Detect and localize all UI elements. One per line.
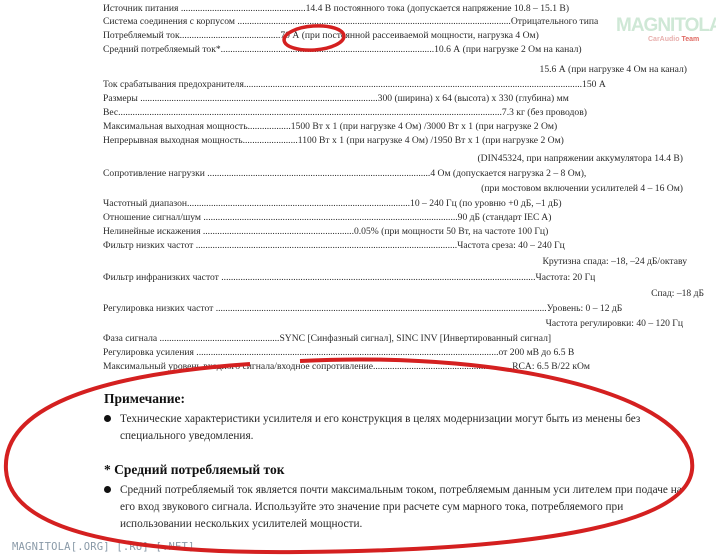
note-text: Технические характеристики усилителя и е…: [120, 411, 694, 445]
spec-average-current: Средний потребляемый ток*...............…: [103, 44, 582, 56]
bullet-icon: [104, 415, 111, 422]
spec-bridged-impedance: (при мостовом включении усилителей 4 – 1…: [481, 183, 683, 195]
spec-current-draw: Потребляемый ток........................…: [103, 30, 539, 42]
spec-load-impedance: Сопротивление нагрузки .................…: [103, 168, 586, 180]
site-watermark: MAGNITOLA[.ORG] [.RU] [.NET]: [12, 541, 195, 553]
bullet-icon: [104, 486, 111, 493]
spec-ground-system: Система соединения с корпусом ..........…: [103, 16, 598, 28]
spec-fuse-rating: Ток срабатывания предохранителя.........…: [103, 79, 606, 91]
spec-frequency-range: Частотный диапазон......................…: [103, 198, 562, 210]
spec-gain-control: Регулировка усиления ...................…: [103, 347, 574, 359]
spec-thd: Нелинейные искажения ...................…: [103, 226, 548, 238]
spec-subsonic-slope: Спад: –18 дБ: [651, 288, 704, 300]
spec-lowpass-slope: Крутизна спада: –18, –24 дБ/октаву: [542, 256, 687, 268]
note-bullet: Технические характеристики усилителя и е…: [104, 411, 694, 445]
spec-subsonic-filter: Фильтр инфранизких частот ..............…: [103, 272, 595, 284]
average-current-bullet: Средний потребляемый ток является почти …: [104, 482, 694, 533]
spec-weight: Вес.....................................…: [103, 107, 587, 119]
note-heading: Примечание:: [104, 391, 185, 407]
spec-max-output-power: Максимальная выходная мощность..........…: [103, 121, 557, 133]
spec-bass-boost-frequency: Частота регулировки: 40 – 120 Гц: [546, 318, 683, 330]
average-current-heading: * Средний потребляемый ток: [104, 462, 285, 478]
spec-average-current-4ohm: 15.6 А (при нагрузке 4 Ом на канал): [540, 64, 687, 76]
spec-din-note: (DIN45324, при напряжении аккумулятора 1…: [477, 153, 683, 165]
spec-dimensions: Размеры ................................…: [103, 93, 569, 105]
spec-max-input-level: Максимальный уровень входного сигнала/вх…: [103, 361, 590, 373]
spec-power-source: Источник питания .......................…: [103, 3, 569, 15]
magnitola-logo: MAGNITOLA CarAudio Team: [616, 16, 712, 46]
logo-text: MAGNITOLA: [616, 16, 712, 36]
spec-lowpass-filter: Фильтр низких частот ...................…: [103, 240, 565, 252]
logo-subtitle: CarAudio Team: [648, 36, 699, 43]
average-current-text: Средний потребляемый ток является почти …: [120, 482, 694, 533]
spec-snr: Отношение сигнал/шум ...................…: [103, 212, 551, 224]
spec-continuous-output-power: Непрерывная выходная мощность...........…: [103, 135, 564, 147]
spec-phase: Фаза сигнала ...........................…: [103, 333, 551, 345]
spec-bass-boost: Регулировка низких частот ..............…: [103, 303, 622, 315]
